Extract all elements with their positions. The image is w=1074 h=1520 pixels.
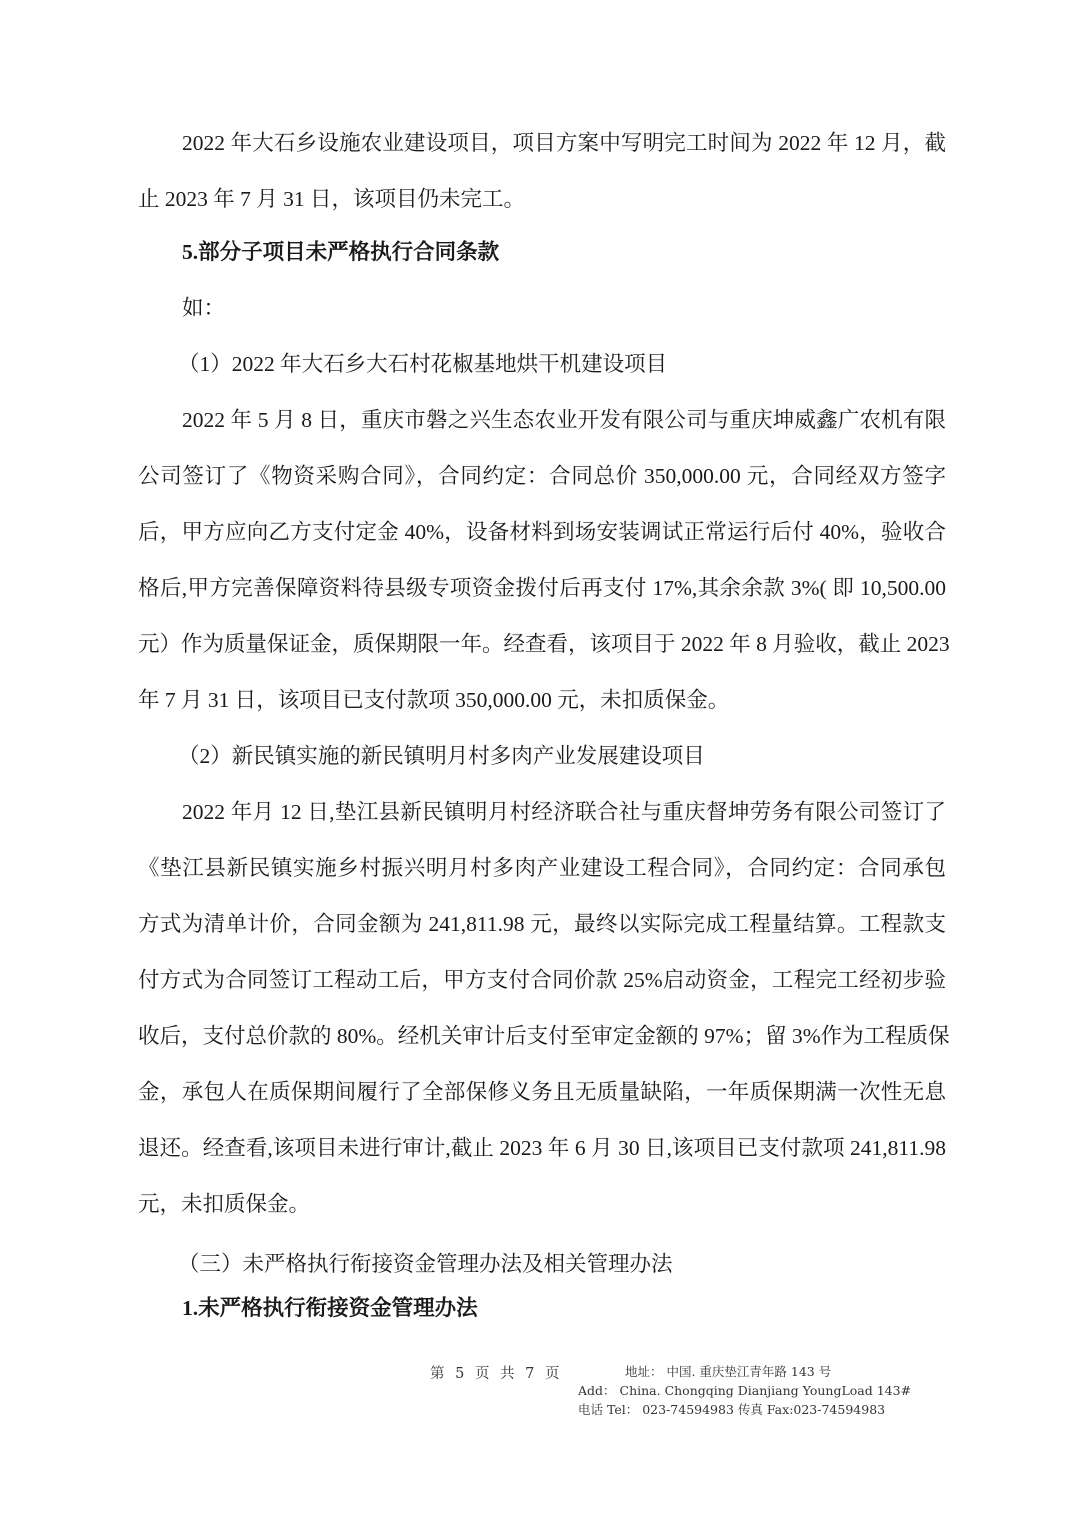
paragraph-line: 止 2023 年 7 月 31 日，该项目仍未完工。 xyxy=(138,185,946,213)
section-heading: （三）未严格执行衔接资金管理办法及相关管理办法 xyxy=(178,1250,673,1278)
paragraph-line: 如： xyxy=(182,294,225,322)
footer-contact: 电话 Tel： 023-74594983 传真 Fax:023-74594983 xyxy=(578,1400,885,1419)
paragraph-line: 2022 年 5 月 8 日，重庆市磐之兴生态农业开发有限公司与重庆坤威鑫广农机… xyxy=(182,406,946,434)
page-number: 第 5 页 共 7 页 xyxy=(430,1362,563,1383)
paragraph-line: 方式为清单计价，合同金额为 241,811.98 元，最终以实际完成工程量结算。… xyxy=(138,910,946,938)
item-title: （2）新民镇实施的新民镇明月村多肉产业发展建设项目 xyxy=(178,742,705,770)
paragraph-line: 后，甲方应向乙方支付定金 40%，设备材料到场安装调试正常运行后付 40%，验收… xyxy=(138,518,946,546)
paragraph-line: 付方式为合同签订工程动工后，甲方支付合同价款 25%启动资金，工程完工经初步验 xyxy=(138,966,946,994)
paragraph-line: 金，承包人在质保期间履行了全部保修义务且无质量缺陷，一年质保期满一次性无息 xyxy=(138,1078,946,1106)
paragraph-line: 年 7 月 31 日，该项目已支付款项 350,000.00 元，未扣质保金。 xyxy=(138,686,946,714)
subsection-heading: 5.部分子项目未严格执行合同条款 xyxy=(182,238,499,266)
paragraph-line: 收后，支付总价款的 80%。经机关审计后支付至审定金额的 97%；留 3%作为工… xyxy=(138,1022,946,1050)
paragraph-line: 2022 年大石乡设施农业建设项目，项目方案中写明完工时间为 2022 年 12… xyxy=(182,129,946,157)
item-title: （1）2022 年大石乡大石村花椒基地烘干机建设项目 xyxy=(178,350,667,378)
paragraph-line: 格后,甲方完善保障资料待县级专项资金拨付后再支付 17%,其余余款 3%( 即 … xyxy=(138,574,946,602)
paragraph-line: 公司签订了《物资采购合同》，合同约定：合同总价 350,000.00 元，合同经… xyxy=(138,462,946,490)
paragraph-line: 2022 年月 12 日,垫江县新民镇明月村经济联合社与重庆督坤劳务有限公司签订… xyxy=(182,798,946,826)
subsection-heading: 1.未严格执行衔接资金管理办法 xyxy=(182,1294,478,1322)
document-page: 2022 年大石乡设施农业建设项目，项目方案中写明完工时间为 2022 年 12… xyxy=(0,0,1074,1520)
footer-address-en: Add： China. Chongqing Dianjiang YoungLoa… xyxy=(578,1381,911,1400)
paragraph-line: 元）作为质量保证金，质保期限一年。经查看，该项目于 2022 年 8 月验收，截… xyxy=(138,630,946,658)
paragraph-line: 元，未扣质保金。 xyxy=(138,1190,946,1218)
paragraph-line: 《垫江县新民镇实施乡村振兴明月村多肉产业建设工程合同》，合同约定：合同承包 xyxy=(138,854,946,882)
paragraph-line: 退还。经查看,该项目未进行审计,截止 2023 年 6 月 30 日,该项目已支… xyxy=(138,1134,946,1162)
footer-address-cn: 地址： 中国. 重庆垫江青年路 143 号 xyxy=(625,1362,831,1381)
